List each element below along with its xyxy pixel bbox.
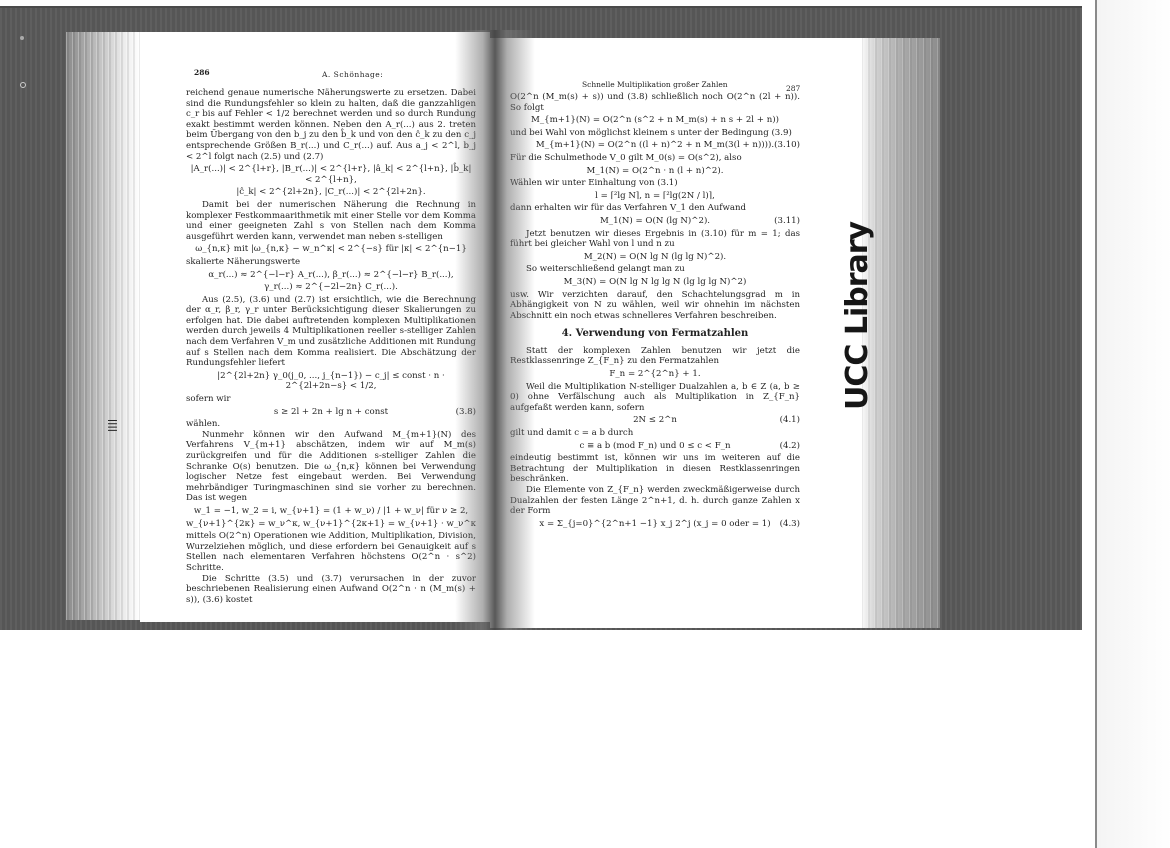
equation-text: 2N ≤ 2^n xyxy=(633,415,677,425)
paragraph: dann erhalten wir für das Verfahren V_1 … xyxy=(510,203,800,214)
equation-text: M_3(N) = O(N lg N lg lg N (lg lg lg N)^2… xyxy=(564,277,747,287)
page-number-left: 286 xyxy=(194,68,210,77)
section-heading: 4. Verwendung von Fermatzahlen xyxy=(510,329,800,340)
equation-text: M_1(N) = O(2^n · n (l + n)^2). xyxy=(587,166,724,176)
equation: M_{m+1}(N) = O(2^n (s^2 + n M_m(s) + n s… xyxy=(510,115,800,126)
equation-number: (4.1) xyxy=(780,415,800,426)
equation-text: w_1 = −1, w_2 = i, w_{ν+1} = (1 + w_ν) /… xyxy=(194,506,468,516)
equation: |ĉ_k| < 2^{2l+2n}, |C_r(...)| < 2^{2l+2n… xyxy=(186,187,476,198)
equation: w_1 = −1, w_2 = i, w_{ν+1} = (1 + w_ν) /… xyxy=(186,506,476,517)
equation: ω_{n,κ} mit |ω_{n,κ} − w_n^κ| < 2^{−s} f… xyxy=(186,244,476,255)
equation-text: M_{m+1}(N) = O(2^n ((l + n)^2 + n M_m(3(… xyxy=(536,140,774,150)
equation: |A_r(...)| < 2^{l+r}, |B_r(...)| < 2^{l+… xyxy=(186,164,476,185)
equation-text: M_{m+1}(N) = O(2^n (s^2 + n M_m(s) + n s… xyxy=(531,115,779,125)
equation-text: M_1(N) = O(N (lg N)^2). xyxy=(600,216,710,226)
equation-number: (3.11) xyxy=(774,216,800,227)
equation-number: (4.2) xyxy=(780,441,800,452)
equation: M_1(N) = O(2^n · n (l + n)^2). xyxy=(510,166,800,177)
equation: 2N ≤ 2^n(4.1) xyxy=(510,415,800,426)
paragraph: skalierte Näherungswerte xyxy=(186,257,476,268)
equation-text: |A_r(...)| < 2^{l+r}, |B_r(...)| < 2^{l+… xyxy=(191,164,472,185)
book-edge-left xyxy=(66,32,140,620)
equation: x = Σ_{j=0}^{2^n+1 −1} x_j 2^j (x_j = 0 … xyxy=(510,519,800,530)
right-body-after-section: Statt der komplexen Zahlen benutzen wir … xyxy=(510,346,800,530)
equation: M_{m+1}(N) = O(2^n ((l + n)^2 + n M_m(3(… xyxy=(510,140,800,151)
paragraph: Für die Schulmethode V_0 gilt M_0(s) = O… xyxy=(510,153,800,164)
paragraph: O(2^n (M_m(s) + s)) und (3.8) schließlic… xyxy=(510,92,800,113)
equation: c ≡ a b (mod F_n) und 0 ≤ c < F_n(4.2) xyxy=(510,441,800,452)
paragraph: wählen. xyxy=(186,419,476,430)
equation-text: α_r(...) ≈ 2^{−l−r} A_r(...), β_r(...) ≈… xyxy=(208,270,453,280)
equation: M_3(N) = O(N lg N lg lg N (lg lg lg N)^2… xyxy=(510,277,800,288)
equation-text: |2^{2l+2n} γ_0(j_0, ..., j_{n−1}) − c_j|… xyxy=(217,371,444,392)
equation-number: (4.3) xyxy=(780,519,800,530)
equation-text: c ≡ a b (mod F_n) und 0 ≤ c < F_n xyxy=(579,441,730,451)
equation-number: (3.8) xyxy=(456,407,476,418)
paragraph: Nunmehr können wir den Aufwand M_{m+1}(N… xyxy=(186,430,476,504)
scanner-margin xyxy=(1095,0,1170,848)
equation: |2^{2l+2n} γ_0(j_0, ..., j_{n−1}) − c_j|… xyxy=(186,371,476,392)
equation: M_2(N) = O(N lg N (lg lg N)^2). xyxy=(510,252,800,263)
paragraph: sofern wir xyxy=(186,394,476,405)
paragraph: gilt und damit c = a b durch xyxy=(510,428,800,439)
scan-speck xyxy=(20,36,24,40)
paragraph: Damit bei der numerischen Näherung die R… xyxy=(186,200,476,242)
equation: s ≥ 2l + 2n + lg n + const(3.8) xyxy=(186,407,476,418)
paragraph: Jetzt benutzen wir dieses Ergebnis in (3… xyxy=(510,229,800,250)
equation: w_{ν+1}^{2κ} = w_ν^κ, w_{ν+1}^{2κ+1} = w… xyxy=(186,519,476,530)
paragraph: Statt der komplexen Zahlen benutzen wir … xyxy=(510,346,800,367)
paragraph: und bei Wahl von möglichst kleinem s unt… xyxy=(510,128,800,139)
scan-speck xyxy=(20,82,26,88)
equation-text: γ_r(...) ≈ 2^{−2l−2n} C_r(...). xyxy=(264,282,398,292)
equation-text: l = ⌈²lg N⌉, n = ⌈²lg(2N / l)⌉, xyxy=(595,191,715,201)
paragraph: So weiterschließend gelangt man zu xyxy=(510,264,800,275)
equation-text: |ĉ_k| < 2^{2l+2n}, |C_r(...)| < 2^{2l+2n… xyxy=(236,187,425,197)
equation: F_n = 2^{2^n} + 1. xyxy=(510,369,800,380)
equation-text: ω_{n,κ} mit |ω_{n,κ} − w_n^κ| < 2^{−s} f… xyxy=(195,244,467,254)
paragraph: Wählen wir unter Einhaltung von (3.1) xyxy=(510,178,800,189)
equation-text: x = Σ_{j=0}^{2^n+1 −1} x_j 2^j (x_j = 0 … xyxy=(539,519,770,529)
equation-text: w_{ν+1}^{2κ} = w_ν^κ, w_{ν+1}^{2κ+1} = w… xyxy=(186,519,476,529)
equation-text: F_n = 2^{2^n} + 1. xyxy=(609,369,700,379)
paragraph: reichend genaue numerische Näherungswert… xyxy=(186,88,476,162)
library-stamp: UCC Library xyxy=(840,222,875,410)
margin-marks: |||| xyxy=(108,419,118,432)
running-head-right: Schnelle Multiplikation großer Zahlen xyxy=(582,80,728,89)
equation-text: s ≥ 2l + 2n + lg n + const xyxy=(274,407,388,417)
paragraph: Weil die Multiplikation N-stelliger Dual… xyxy=(510,382,800,414)
paragraph: Aus (2.5), (3.6) und (2.7) ist ersichtli… xyxy=(186,295,476,369)
paragraph: usw. Wir verzichten darauf, den Schachte… xyxy=(510,290,800,322)
equation-number: (3.10) xyxy=(774,140,800,151)
equation-text: M_2(N) = O(N lg N (lg lg N)^2). xyxy=(584,252,726,262)
paragraph: Die Schritte (3.5) und (3.7) verursachen… xyxy=(186,574,476,606)
equation: α_r(...) ≈ 2^{−l−r} A_r(...), β_r(...) ≈… xyxy=(186,270,476,281)
paragraph: eindeutig bestimmt ist, können wir uns i… xyxy=(510,453,800,485)
equation: M_1(N) = O(N (lg N)^2).(3.11) xyxy=(510,216,800,227)
left-page-body: reichend genaue numerische Näherungswert… xyxy=(186,88,476,605)
equation: l = ⌈²lg N⌉, n = ⌈²lg(2N / l)⌉, xyxy=(510,191,800,202)
equation: γ_r(...) ≈ 2^{−2l−2n} C_r(...). xyxy=(186,282,476,293)
paragraph: Die Elemente von Z_{F_n} werden zweckmäß… xyxy=(510,485,800,517)
running-head-left: A. Schönhage: xyxy=(322,70,383,79)
right-body-before-section: O(2^n (M_m(s) + s)) und (3.8) schließlic… xyxy=(510,92,800,321)
right-page-body: O(2^n (M_m(s) + s)) und (3.8) schließlic… xyxy=(510,92,800,531)
paragraph: mittels O(2^n) Operationen wie Addition,… xyxy=(186,531,476,573)
